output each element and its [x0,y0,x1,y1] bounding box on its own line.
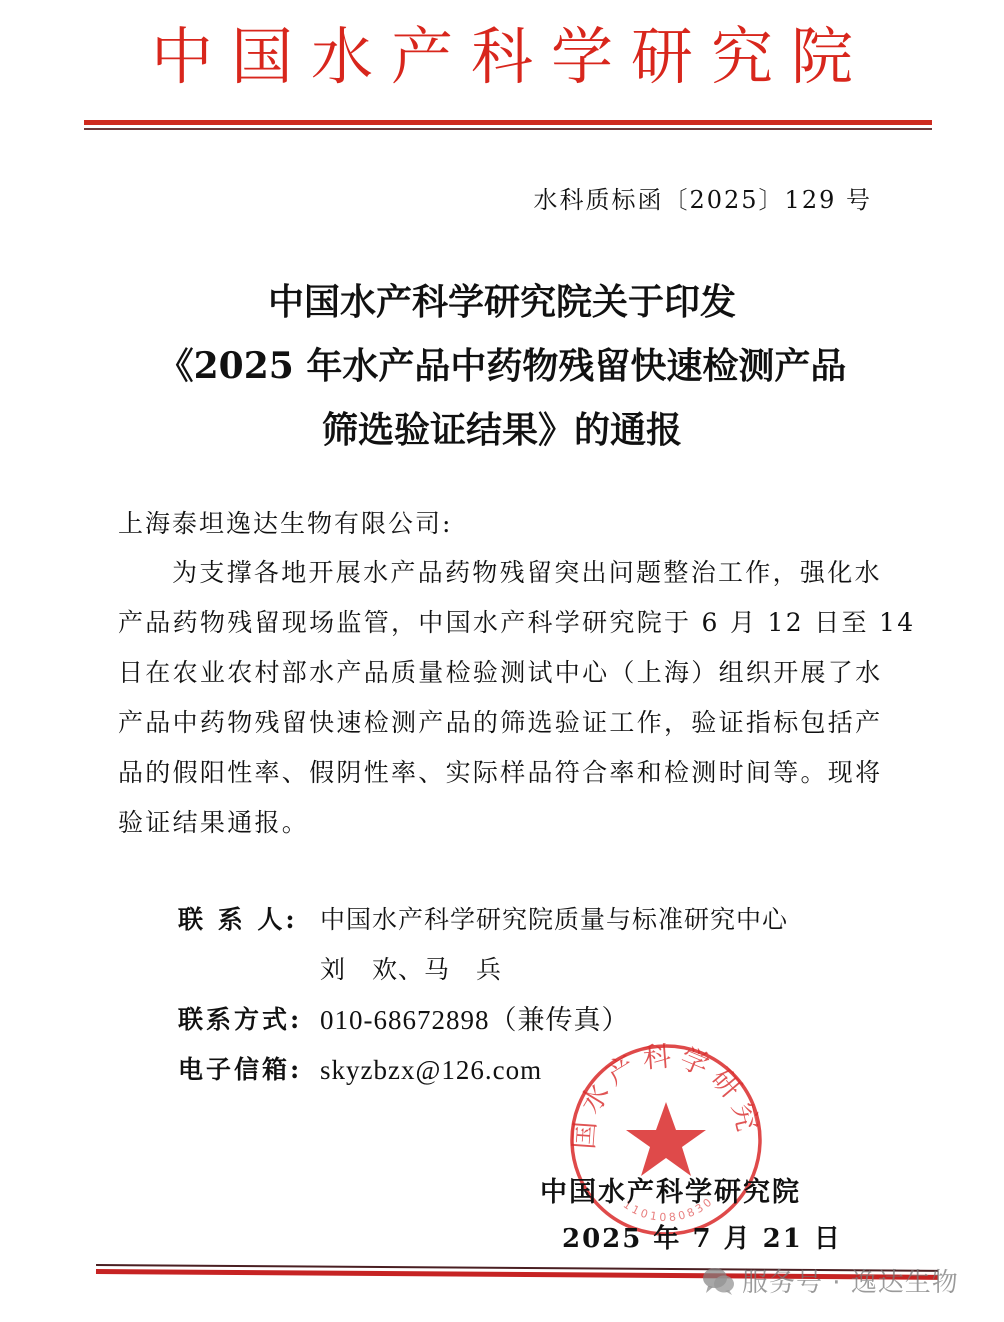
signature-org: 中国水产科学研究院 [540,1170,801,1209]
contact-person-label: 联 系 人: [178,895,316,945]
phone-label: 联系方式: [178,995,316,1045]
contact-org: 中国水产科学研究院质量与标准研究中心 [316,895,788,945]
email-value: skyzbzx@126.com [316,1045,542,1095]
title-line-1: 中国水产科学研究院关于印发 [0,270,1004,334]
body-line: 产品药物残留现场监管，中国水产科学研究院于 6 月 12 日至 14 [118,598,908,648]
letterhead-org-name: 中国水产科学研究院 [0,22,1004,92]
signature-date: 2025 年 7 月 21 日 [562,1218,842,1255]
contact-person-row: 联 系 人: 中国水产科学研究院质量与标准研究中心 [178,895,788,945]
body-line: 为支撑各地开展水产品药物残留突出问题整治工作，强化水 [118,548,908,598]
contact-names: 刘 欢、马 兵 [316,945,502,995]
watermark: 服务号 · 逸达生物 [702,1262,959,1299]
phone-value: 010-68672898（兼传真） [316,995,630,1045]
email-label: 电子信箱: [178,1045,316,1095]
body-line: 品的假阳性率、假阴性率、实际样品符合率和检测时间等。现将 [118,748,908,798]
official-seal: 国水产科学研究院 1101080830 [566,1040,766,1240]
title-line-2: 《2025 年水产品中药物残留快速检测产品 [0,334,1004,398]
contact-phone-row: 联系方式: 010-68672898（兼传真） [178,995,788,1045]
watermark-text: 服务号 · 逸达生物 [742,1262,959,1299]
recipient: 上海泰坦逸达生物有限公司: [118,504,452,540]
body-line: 验证结果通报。 [118,798,908,848]
document-number: 水科质标函〔2025〕129 号 [533,180,872,215]
document-title: 中国水产科学研究院关于印发 《2025 年水产品中药物残留快速检测产品 筛选验证… [0,270,1004,462]
body-line: 日在农业农村部水产品质量检验测试中心（上海）组织开展了水 [118,648,908,698]
title-line-3: 筛选验证结果》的通报 [0,398,1004,462]
contact-names-row: 刘 欢、马 兵 [178,945,788,995]
wechat-icon [702,1266,736,1296]
seal-icon: 国水产科学研究院 1101080830 [566,1040,766,1240]
body-paragraph: 为支撑各地开展水产品药物残留突出问题整治工作，强化水 产品药物残留现场监管，中国… [118,548,908,848]
letterhead-divider [84,120,932,130]
body-line: 产品中药物残留快速检测产品的筛选验证工作，验证指标包括产 [118,698,908,748]
divider-dark-line [84,128,932,130]
